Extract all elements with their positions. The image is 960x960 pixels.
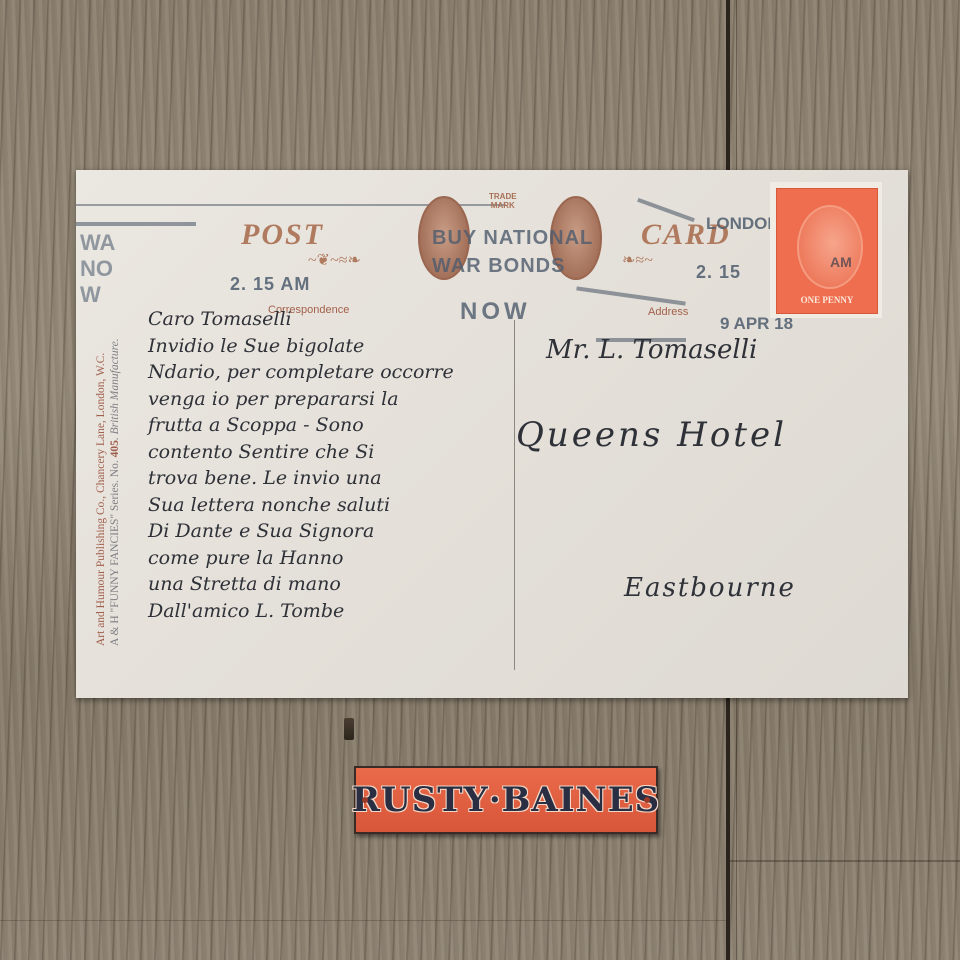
message-line: Caro Tomaselli bbox=[148, 306, 454, 333]
message-line: venga io per prepararsi la bbox=[148, 386, 454, 413]
message-line: una Stretta di mano bbox=[148, 571, 454, 598]
king-portrait bbox=[797, 205, 863, 289]
partial-postmark: WANOW bbox=[80, 230, 115, 308]
stamp-cancel-mark: AM bbox=[830, 254, 852, 270]
flourish-ornament: ❧≈~ bbox=[622, 250, 653, 270]
postmark-slogan: BUY NATIONAL WAR BONDS bbox=[432, 224, 593, 280]
handwritten-message: Caro TomaselliInvidio le Sue bigolateNda… bbox=[148, 306, 454, 624]
badge-text: RUSTY·BAINES bbox=[352, 780, 660, 820]
nail bbox=[344, 718, 354, 740]
message-line: contento Sentire che Si bbox=[148, 439, 454, 466]
address-recipient: Mr. L. Tomaselli bbox=[546, 335, 757, 365]
address-hotel: Queens Hotel bbox=[516, 415, 787, 455]
message-line: Ndario, per completare occorre bbox=[148, 359, 454, 386]
message-line: Invidio le Sue bigolate bbox=[148, 333, 454, 360]
cancel-bars bbox=[576, 286, 685, 305]
post-heading: POST bbox=[241, 218, 324, 252]
message-line: frutta a Scoppa - Sono bbox=[148, 412, 454, 439]
address-town: Eastbourne bbox=[624, 573, 796, 603]
publisher-imprint: Art and Humour Publishing Co., Chancery … bbox=[94, 338, 122, 646]
postmark-time-left: 2. 15 AM bbox=[230, 274, 310, 295]
card-divider bbox=[514, 320, 515, 670]
stamp-frame: ONE PENNY bbox=[776, 188, 878, 314]
postmark-slogan-now: NOW bbox=[460, 298, 531, 326]
message-line: Di Dante e Sua Signora bbox=[148, 518, 454, 545]
rivet bbox=[362, 797, 368, 803]
stamp-value: ONE PENNY bbox=[777, 295, 877, 305]
cancel-bars bbox=[76, 222, 196, 226]
plank-seam bbox=[730, 860, 960, 862]
postmark-time-right: 2. 15 bbox=[696, 262, 741, 283]
postage-stamp: ONE PENNY AM bbox=[770, 182, 882, 318]
message-line: Dall'amico L. Tombe bbox=[148, 598, 454, 625]
plank-seam bbox=[0, 920, 726, 921]
rusty-baines-badge: RUSTY·BAINES bbox=[354, 766, 658, 834]
address-label: Address bbox=[648, 306, 688, 318]
message-line: Sua lettera nonche saluti bbox=[148, 492, 454, 519]
postmark-city: LONDON bbox=[706, 214, 780, 234]
message-line: come pure la Hanno bbox=[148, 545, 454, 572]
flourish-ornament: ~❦~≈❧ bbox=[308, 250, 361, 270]
trade-mark-label: TRADE MARK bbox=[489, 192, 517, 210]
message-line: trova bene. Le invio una bbox=[148, 465, 454, 492]
rivet bbox=[644, 797, 650, 803]
vintage-postcard: WANOW POST ~❦~≈❧ TRADE MARK CARD ❧≈~ Cor… bbox=[76, 170, 908, 698]
